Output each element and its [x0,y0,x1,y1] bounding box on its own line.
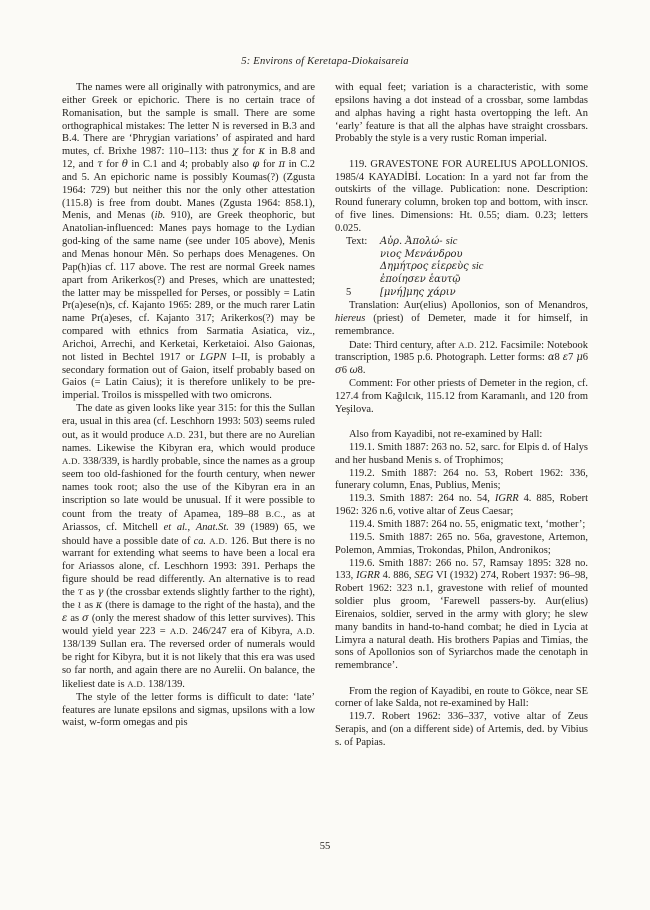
greek-text: σ [335,365,342,376]
text-run: (priest) of Demeter, made it for himself… [335,313,588,337]
italic-text: SEG [414,570,433,581]
text-run: 6 [583,352,588,363]
entry-119-heading-paragraph: 119. GRAVESTONE FOR AURELIUS APOLLONIOS.… [335,159,588,236]
italic-text: IGRR [495,493,519,504]
italic-text: Anat.St. [196,522,229,533]
text-run: 119.3. Smith 1887: 264 no. 54, [349,493,495,504]
letter-forms-style-continuation-paragraph: with equal feet; variation is a characte… [335,82,588,146]
entry-119-1-paragraph: 119.1. Smith 1887: 263 no. 52, sarc. for… [335,442,588,468]
text-run: 910), are Greek theophoric, but Anatolia… [62,210,315,362]
text-run: 246/247 era of Kibyra, [188,626,297,637]
greek-text: ω [350,365,358,376]
entry-119-5-paragraph: 119.5. Smith 1887: 265 no. 56a, gravesto… [335,532,588,558]
smallcaps-text: A.D. [458,340,476,350]
smallcaps-text: B.C. [266,509,283,519]
inscription-line-text: ἐποίησεν ἑαυτῷ [380,274,588,287]
text-run: for [259,159,278,170]
greek-text: Αὐρ. Ἀπολώ- [380,236,446,247]
inscription-line-label [346,261,380,274]
smallcaps-text: A.D. [209,536,227,546]
text-run: 119.1. Smith 1887: 263 no. 52, sarc. for… [335,442,588,466]
greek-text: Δημήτρος εἱερεὺς [380,261,472,272]
inscription-line: ἐποίησεν ἑαυτῷ [346,274,588,287]
text-run: 119.5. Smith 1887: 265 no. 56a, gravesto… [335,532,588,556]
inscription-line: 5[μνή]μης χάριν [346,287,588,300]
letter-forms-style-paragraph: The style of the letter forms is difficu… [62,692,315,731]
inscription-line-text: Αὐρ. Ἀπολώ- sic [380,236,588,249]
greek-text: ἐποίησεν ἑαυτῷ [380,274,460,285]
comment-paragraph: Comment: For other priests of Demeter in… [335,378,588,417]
text-run: 6 [342,365,350,376]
column-right: with equal feet; variation is a characte… [335,82,588,750]
from-region-kayadibi-paragraph: From the region of Kayadibi, en route to… [335,686,588,712]
also-from-kayadibi-paragraph: Also from Kayadibi, not re-examined by H… [335,429,588,442]
inscription-line-label: Text: [346,236,380,249]
text-run: (there is damage to the right of the has… [102,600,315,611]
text-run: 119.7. Robert 1962: 336–337, votive alta… [335,711,588,748]
book-page: 5: Environs of Keretapa-Diokaisareia The… [0,0,650,910]
greek-text: α [548,352,555,363]
italic-text: sic [446,236,458,247]
text-run: , [188,522,196,533]
inscription-line-label: 5 [346,287,380,300]
text-run: From the region of Kayadibi, en route to… [335,686,588,710]
text-run: as [67,613,82,624]
running-header: 5: Environs of Keretapa-Diokaisareia [62,56,588,67]
text-run: The style of the letter forms is difficu… [62,692,315,729]
inscription-line: νιος Μενάνδρου [346,249,588,262]
greek-text: [μνή]μης χάριν [380,287,456,298]
smallcaps-text: A.D. [127,679,145,689]
text-run: 4. 886, [380,570,414,581]
smallcaps-text: A.D. [297,626,315,636]
text-run: Translation: Aur(elius) Apollonios, son … [349,300,588,311]
inscription-line-label [346,274,380,287]
text-run: VI (1932) 274, Robert 1937: 96–98, Rober… [335,570,588,671]
text-run: 119.2. Smith 1887: 264 no. 53, Robert 19… [335,468,588,492]
italic-text: et al. [164,522,188,533]
text-run: 119.4. Smith 1887: 264 no. 55, enigmatic… [349,519,585,530]
inscription-line: Text:Αὐρ. Ἀπολώ- sic [346,236,588,249]
greek-text: νιος Μενάνδρου [380,249,463,260]
text-run: as [83,587,97,598]
text-run: 138/139. [145,679,184,690]
text-run: 119. GRAVESTONE FOR AURELIUS APOLLONIOS.… [335,159,588,234]
date-discussion-paragraph: The date as given looks like year 315: f… [62,403,315,692]
text-run: in C.1 and 4; probably also [128,159,253,170]
inscription-line-text: Δημήτρος εἱερεὺς sic [380,261,588,274]
inscription-line-text: [μνή]μης χάριν [380,287,588,300]
entry-119-4-paragraph: 119.4. Smith 1887: 264 no. 55, enigmatic… [335,519,588,532]
entry-119-7-paragraph: 119.7. Robert 1962: 336–337, votive alta… [335,711,588,750]
text-columns: The names were all originally with patro… [62,82,588,750]
italic-text: ib. [155,210,166,221]
italic-text: LGPN [200,352,227,363]
smallcaps-text: A.D. [62,456,80,466]
text-run: 8 [555,352,563,363]
text-run: 8. [358,365,366,376]
italic-text: IGRR [356,570,380,581]
text-run: as [82,600,96,611]
inscription-line-label [346,249,380,262]
entry-119-6-paragraph: 119.6. Smith 1887: 266 no. 57, Ramsay 18… [335,558,588,674]
text-run: 138/139 Sullan era. The reversed order o… [62,639,315,690]
text-run: with equal feet; variation is a characte… [335,82,588,144]
smallcaps-text: A.D. [167,430,185,440]
text-run: for [103,159,122,170]
entry-119-3-paragraph: 119.3. Smith 1887: 264 no. 54, IGRR 4. 8… [335,493,588,519]
text-run: Comment: For other priests of Demeter in… [335,378,588,415]
text-run: for [238,146,258,157]
inscription-text-block: Text:Αὐρ. Ἀπολώ- sicνιος ΜενάνδρουΔημήτρ… [346,236,588,300]
translation-paragraph: Translation: Aur(elius) Apollonios, son … [335,300,588,339]
inscription-line-text: νιος Μενάνδρου [380,249,588,262]
smallcaps-text: A.D. [170,626,188,636]
entry-119-2-paragraph: 119.2. Smith 1887: 264 no. 53, Robert 19… [335,468,588,494]
text-run: Also from Kayadibi, not re-examined by H… [349,429,542,440]
inscription-line: Δημήτρος εἱερεὺς sic [346,261,588,274]
page-number: 55 [62,841,588,852]
italic-text: sic [472,261,484,272]
greek-text: σ [82,613,89,624]
names-discussion-paragraph: The names were all originally with patro… [62,82,315,403]
italic-text: ca. [194,536,206,547]
column-left: The names were all originally with patro… [62,82,315,750]
date-facsimile-paragraph: Date: Third century, after A.D. 212. Fac… [335,339,588,379]
text-run: Date: Third century, after [349,340,458,351]
italic-text: hiereus [335,313,365,324]
